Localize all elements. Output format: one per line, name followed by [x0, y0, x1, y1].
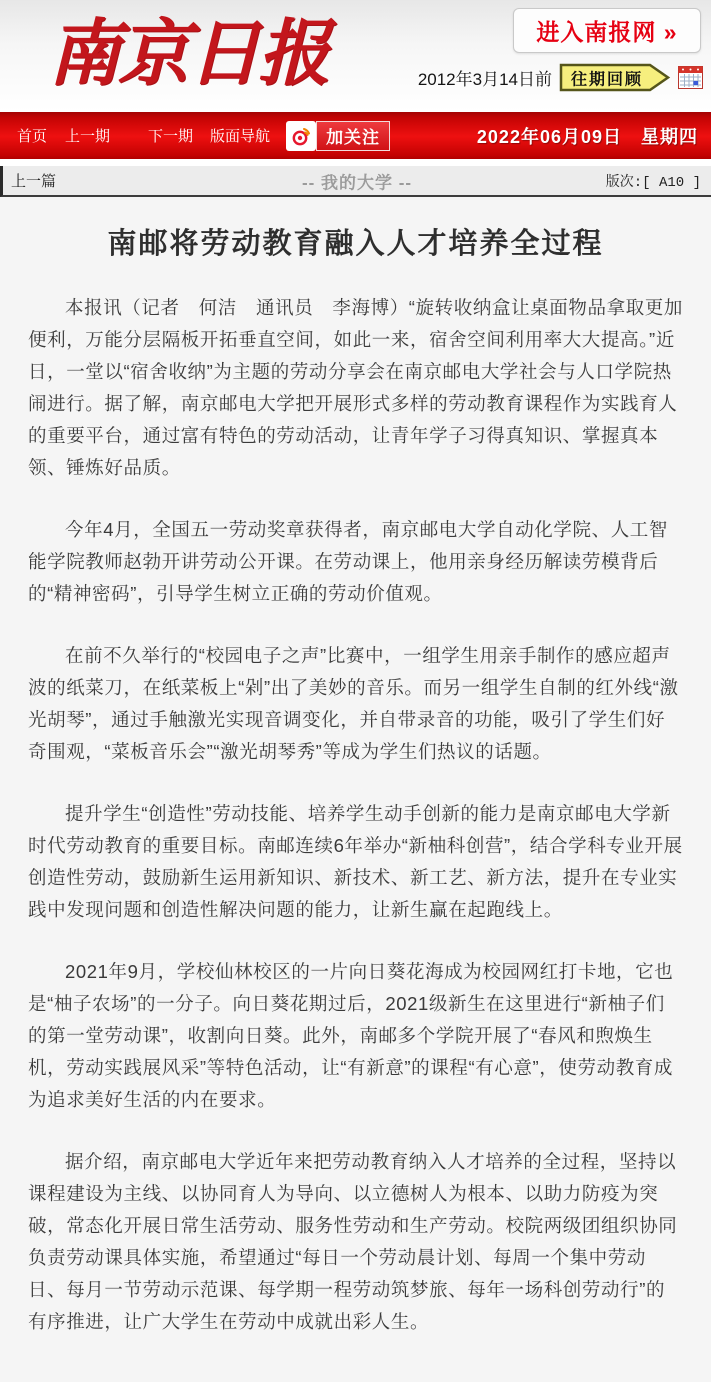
page: 南京日报 进入南报网 » 2012年3月14日前 往期回顾 [0, 0, 711, 1382]
prev-article-link[interactable]: 上一篇 [11, 170, 56, 191]
article-paragraph: 今年4月，全国五一劳动奖章获得者，南京邮电大学自动化学院、人工智能学院教师赵勃开… [28, 514, 683, 610]
article-paragraph: 提升学生“创造性”劳动技能、培养学生动手创新的能力是南京邮电大学新时代劳动教育的… [28, 798, 683, 926]
section-title: -- 我的大学 -- [302, 168, 412, 193]
article-paragraph: 2021年9月，学校仙林校区的一片向日葵花海成为校园网红打卡地，它也是“柚子农场… [28, 956, 683, 1116]
article-paragraph: 本报讯（记者 何洁 通讯员 李海博）“旋转收纳盒让桌面物品拿取更加便利，万能分层… [28, 292, 683, 484]
weibo-icon[interactable] [286, 121, 316, 151]
page-number-label: 版次:[ A10 ] [606, 171, 701, 191]
archive-row: 2012年3月14日前 往期回顾 [418, 63, 703, 92]
archive-button[interactable]: 往期回顾 [559, 63, 671, 92]
archive-date-label: 2012年3月14日前 [418, 65, 552, 90]
article: 南邮将劳动教育融入人才培养全过程 本报讯（记者 何洁 通讯员 李海博）“旋转收纳… [0, 224, 711, 1382]
navbar-date: 2022年06月09日 星期四 [477, 123, 698, 149]
nav-item-home[interactable]: 首页 [17, 125, 47, 146]
article-paragraph: 在前不久举行的“校园电子之声”比赛中，一组学生用亲手制作的感应超声波的纸菜刀，在… [28, 640, 683, 768]
navbar: 首页 上一期 下一期 版面导航 加关注 2022年06月09日 星期四 [0, 112, 711, 159]
article-body: 本报讯（记者 何洁 通讯员 李海博）“旋转收纳盒让桌面物品拿取更加便利，万能分层… [28, 292, 683, 1338]
follow-button[interactable]: 加关注 [316, 121, 390, 151]
subheader: 上一篇 -- 我的大学 -- 版次:[ A10 ] [0, 166, 711, 197]
archive-button-label: 往期回顾 [571, 66, 643, 89]
masthead: 南京日报 进入南报网 » 2012年3月14日前 往期回顾 [0, 0, 711, 112]
article-paragraph: 据介绍，南京邮电大学近年来把劳动教育纳入人才培养的全过程，坚持以课程建设为主线、… [28, 1146, 683, 1338]
nav-item-next-issue[interactable]: 下一期 [148, 125, 193, 146]
nav-item-page-navigation[interactable]: 版面导航 [210, 125, 270, 146]
article-title: 南邮将劳动教育融入人才培养全过程 [28, 224, 683, 264]
follow-unit: 加关注 [286, 121, 390, 151]
newspaper-logo: 南京日报 [48, 2, 328, 106]
enter-site-button[interactable]: 进入南报网 » [513, 8, 701, 53]
enter-site-label: 进入南报网 » [536, 14, 677, 47]
nav-item-previous-issue[interactable]: 上一期 [65, 125, 110, 146]
spacer [0, 159, 711, 166]
calendar-icon[interactable] [678, 66, 703, 89]
